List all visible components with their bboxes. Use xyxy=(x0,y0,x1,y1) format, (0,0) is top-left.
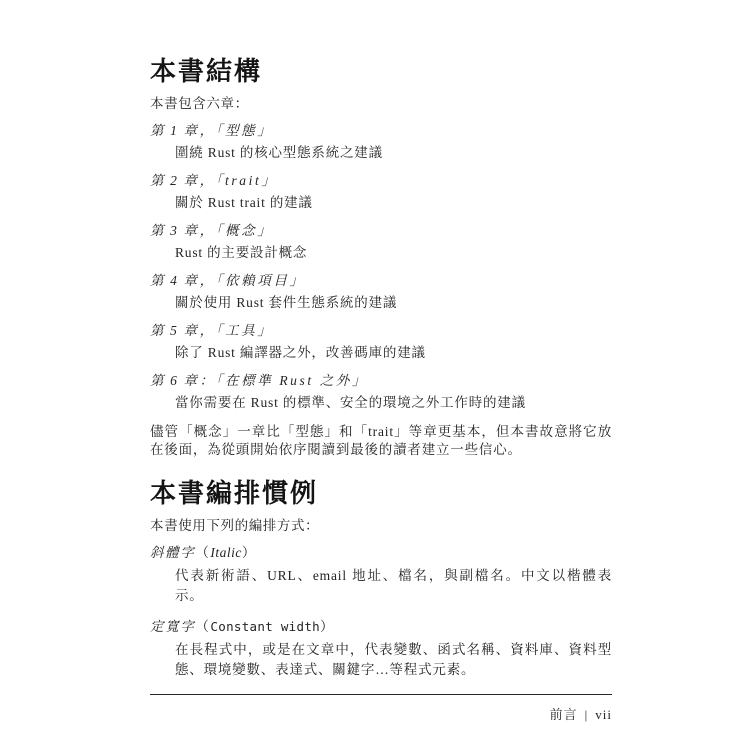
conventions-section: 本書編排慣例 本書使用下列的編排方式： 斜體字（Italic） 代表新術語、UR… xyxy=(150,478,612,680)
chapter-name: trait xyxy=(225,173,261,188)
chapter-separator: ： xyxy=(200,373,216,388)
chapter-item: 第2章，「trait」 關於 Rust trait 的建議 xyxy=(150,173,612,210)
chapter-separator: ， xyxy=(200,173,216,188)
section-heading-structure: 本書結構 xyxy=(150,56,612,86)
closing-paragraph: 儘管「概念」一章比「型態」和「trait」等章更基本，但本書故意將它放在後面，為… xyxy=(150,423,612,459)
chapter-number: 2 xyxy=(170,173,179,188)
chapter-title: 第3章，「概念」 xyxy=(150,223,612,238)
chapter-label: 第 xyxy=(150,223,166,238)
quote-open: 「 xyxy=(216,223,225,238)
chapter-description: Rust 的主要設計概念 xyxy=(175,245,612,260)
quote-open: 「 xyxy=(216,123,225,138)
chapter-description: 除了 Rust 編譯器之外，改善碼庫的建議 xyxy=(175,345,612,360)
chapter-title: 第6章：「在標準 Rust 之外」 xyxy=(150,373,612,388)
quote-close: 」 xyxy=(352,373,368,388)
chapter-description: 當你需要在 Rust 的標準、安全的環境之外工作時的建議 xyxy=(175,395,612,410)
term-description: 在長程式中，或是在文章中，代表變數、函式名稱、資料庫、資料型態、環境變數、表達式… xyxy=(175,640,612,680)
chapter-separator: ， xyxy=(200,223,216,238)
chapter-unit: 章 xyxy=(183,173,199,188)
footer-page-number: vii xyxy=(595,707,612,722)
chapter-unit: 章 xyxy=(183,273,199,288)
conventions-intro: 本書使用下列的編排方式： xyxy=(150,518,612,533)
term-item-constant-width: 定寬字（Constant width） 在長程式中，或是在文章中，代表變數、函式… xyxy=(150,619,612,680)
chapter-item: 第1章，「型態」 圍繞 Rust 的核心型態系統之建議 xyxy=(150,123,612,160)
page-content: 本書結構 本書包含六章： 第1章，「型態」 圍繞 Rust 的核心型態系統之建議… xyxy=(150,0,612,680)
term-latin-label: Italic xyxy=(210,545,242,560)
chapter-description: 關於使用 Rust 套件生態系統的建議 xyxy=(175,295,612,310)
chapter-item: 第5章，「工具」 除了 Rust 編譯器之外，改善碼庫的建議 xyxy=(150,323,612,360)
chapter-number: 5 xyxy=(170,323,179,338)
chapter-number: 4 xyxy=(170,273,179,288)
footer-separator: | xyxy=(585,707,589,723)
chapter-item: 第4章，「依賴項目」 關於使用 Rust 套件生態系統的建議 xyxy=(150,273,612,310)
chapter-number: 1 xyxy=(170,123,179,138)
chapter-list: 第1章，「型態」 圍繞 Rust 的核心型態系統之建議 第2章，「trait」 … xyxy=(150,123,612,410)
quote-open: 「 xyxy=(216,373,225,388)
chapter-number: 3 xyxy=(170,223,179,238)
quote-close: 」 xyxy=(257,123,273,138)
chapter-title: 第5章，「工具」 xyxy=(150,323,612,338)
chapter-separator: ， xyxy=(200,323,216,338)
chapter-number: 6 xyxy=(170,373,179,388)
chapter-unit: 章 xyxy=(183,223,199,238)
structure-section: 本書結構 本書包含六章： 第1章，「型態」 圍繞 Rust 的核心型態系統之建議… xyxy=(150,56,612,459)
chapter-name: 在標準 Rust 之外 xyxy=(225,373,352,388)
term-cjk-label: 斜體字 xyxy=(150,545,195,560)
quote-close: 」 xyxy=(257,323,273,338)
chapter-title: 第1章，「型態」 xyxy=(150,123,612,138)
chapter-description: 圍繞 Rust 的核心型態系統之建議 xyxy=(175,145,612,160)
quote-close: 」 xyxy=(289,273,305,288)
chapter-description: 關於 Rust trait 的建議 xyxy=(175,195,612,210)
chapter-unit: 章 xyxy=(183,323,199,338)
paren-open: （ xyxy=(195,619,210,634)
chapter-label: 第 xyxy=(150,173,166,188)
term-title: 定寬字（Constant width） xyxy=(150,619,612,634)
chapter-label: 第 xyxy=(150,123,166,138)
chapter-name: 概念 xyxy=(225,223,257,238)
footer-section-label: 前言 xyxy=(550,707,578,722)
paren-open: （ xyxy=(195,545,210,560)
chapter-label: 第 xyxy=(150,273,166,288)
term-item-italic: 斜體字（Italic） 代表新術語、URL、email 地址、檔名，與副檔名。中… xyxy=(150,545,612,606)
chapter-unit: 章 xyxy=(183,373,199,388)
chapter-separator: ， xyxy=(200,273,216,288)
chapter-name: 依賴項目 xyxy=(225,273,289,288)
term-title: 斜體字（Italic） xyxy=(150,545,612,560)
book-page: 本書結構 本書包含六章： 第1章，「型態」 圍繞 Rust 的核心型態系統之建議… xyxy=(0,0,750,750)
quote-open: 「 xyxy=(216,323,225,338)
term-latin-label: Constant width xyxy=(210,619,320,634)
chapter-unit: 章 xyxy=(183,123,199,138)
paren-close: ） xyxy=(242,545,257,560)
chapter-title: 第2章，「trait」 xyxy=(150,173,612,188)
chapter-item: 第6章：「在標準 Rust 之外」 當你需要在 Rust 的標準、安全的環境之外… xyxy=(150,373,612,410)
quote-open: 「 xyxy=(216,273,225,288)
paren-close: ） xyxy=(320,619,335,634)
chapter-label: 第 xyxy=(150,323,166,338)
chapter-item: 第3章，「概念」 Rust 的主要設計概念 xyxy=(150,223,612,260)
quote-close: 」 xyxy=(261,173,277,188)
quote-open: 「 xyxy=(216,173,225,188)
section-heading-conventions: 本書編排慣例 xyxy=(150,478,612,508)
term-description: 代表新術語、URL、email 地址、檔名，與副檔名。中文以楷體表示。 xyxy=(175,566,612,606)
structure-intro: 本書包含六章： xyxy=(150,96,612,111)
page-footer: 前言|vii xyxy=(150,694,612,723)
chapter-name: 型態 xyxy=(225,123,257,138)
chapter-name: 工具 xyxy=(225,323,257,338)
quote-close: 」 xyxy=(257,223,273,238)
chapter-label: 第 xyxy=(150,373,166,388)
term-cjk-label: 定寬字 xyxy=(150,619,195,634)
chapter-separator: ， xyxy=(200,123,216,138)
chapter-title: 第4章，「依賴項目」 xyxy=(150,273,612,288)
